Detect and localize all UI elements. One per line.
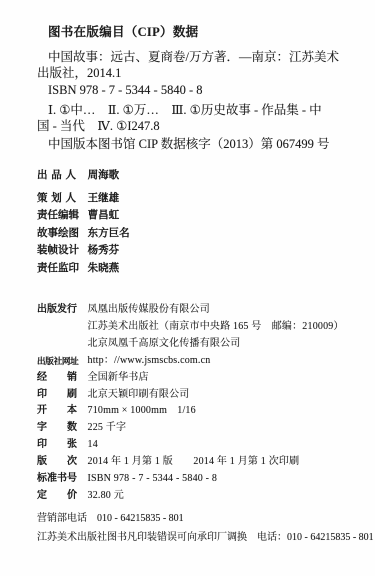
cip-record-number: 中国版本图书馆 CIP 数据核字（2013）第 067499 号 xyxy=(48,136,357,152)
credit-value: 东方巨名 xyxy=(88,228,130,239)
publishing-row-website: 出版社网址 http：//www.jsmscbs.com.cn xyxy=(37,353,344,370)
publishing-row-format: 开本 710mm × 1000mm 1/16 xyxy=(37,403,344,420)
credit-value: 曹昌虹 xyxy=(88,210,120,221)
publishing-label: 出版社网址 xyxy=(37,353,77,370)
credit-label: 策划人 xyxy=(37,190,76,208)
publishing-value: http：//www.jsmscbs.com.cn xyxy=(88,355,211,366)
credit-value: 王继雄 xyxy=(88,193,120,204)
credit-row-illustrator: 故事绘图 东方巨名 xyxy=(37,225,130,243)
cip-header: 图书在版编目（CIP）数据 xyxy=(48,24,357,41)
cip-classification-line1: Ⅰ. ①中… Ⅱ. ①万… Ⅲ. ①历史故事 - 作品集 - 中 xyxy=(48,102,357,118)
publishing-value: 225 千字 xyxy=(88,422,127,433)
cip-entry-line1: 中国故事：远古、夏商卷/万方著．—南京：江苏美术 xyxy=(48,49,357,65)
publishing-label: 开本 xyxy=(37,403,77,420)
cip-isbn: ISBN 978 - 7 - 5344 - 5840 - 8 xyxy=(48,82,357,98)
publishing-label: 出版发行 xyxy=(37,302,77,319)
publishing-row-co-publisher: 北京凤凰千高原文化传播有限公司 xyxy=(37,336,344,353)
credit-label: 故事绘图 xyxy=(37,225,76,243)
publishing-value: 北京天颖印刷有限公司 xyxy=(88,389,190,400)
credit-value: 周海歌 xyxy=(88,170,120,181)
publishing-row-distribution: 经销 全国新华书店 xyxy=(37,370,344,387)
publishing-row-isbn: 标准书号 ISBN 978 - 7 - 5344 - 5840 - 8 xyxy=(37,471,344,488)
publishing-row-word-count: 字数 225 千字 xyxy=(37,420,344,437)
publishing-value: 全国新华书店 xyxy=(88,372,149,383)
credit-row-print-supervisor: 责任监印 朱晓燕 xyxy=(37,260,130,278)
publishing-label: 印张 xyxy=(37,437,77,454)
publishing-value: 14 xyxy=(88,439,98,450)
publishing-value: 2014 年 1 月第 1 版 2014 年 1 月第 1 次印刷 xyxy=(88,456,300,467)
publishing-row-printer: 印刷 北京天颖印刷有限公司 xyxy=(37,387,344,404)
credit-value: 朱晓燕 xyxy=(88,263,120,274)
credit-value: 杨秀芬 xyxy=(88,245,120,256)
publishing-label: 经销 xyxy=(37,370,77,387)
publishing-label: 定价 xyxy=(37,488,77,505)
cip-block: 图书在版编目（CIP）数据 中国故事：远古、夏商卷/万方著．—南京：江苏美术 出… xyxy=(37,24,357,152)
publishing-value: 凤凰出版传媒股份有限公司 xyxy=(88,304,210,315)
credit-row-producer: 出品人 周海歌 xyxy=(37,167,130,185)
credit-label: 责任编辑 xyxy=(37,207,76,225)
publishing-row-sheets: 印张 14 xyxy=(37,437,344,454)
publishing-row-edition: 版次 2014 年 1 月第 1 版 2014 年 1 月第 1 次印刷 xyxy=(37,454,344,471)
credit-label: 责任监印 xyxy=(37,260,76,278)
publishing-row-price: 定价 32.80 元 xyxy=(37,488,344,505)
credits-block: 出品人 周海歌 策划人 王继雄 责任编辑 曹昌虹 故事绘图 东方巨名 装帧设计 … xyxy=(37,167,130,277)
publishing-label: 字数 xyxy=(37,420,77,437)
footer-marketing-phone: 营销部电话 010 - 64215835 - 801 xyxy=(37,510,374,527)
copyright-page: 图书在版编目（CIP）数据 中国故事：远古、夏商卷/万方著．—南京：江苏美术 出… xyxy=(0,0,375,576)
publishing-value: 江苏美术出版社（南京市中央路 165 号 邮编：210009） xyxy=(88,321,344,332)
credit-label: 装帧设计 xyxy=(37,242,76,260)
publishing-label: 版次 xyxy=(37,454,77,471)
credit-row-planner: 策划人 王继雄 xyxy=(37,190,130,208)
publishing-value: ISBN 978 - 7 - 5344 - 5840 - 8 xyxy=(88,473,218,484)
credit-row-editor: 责任编辑 曹昌虹 xyxy=(37,207,130,225)
credit-label: 出品人 xyxy=(37,167,76,185)
footer-exchange-notice: 江苏美术出版社图书凡印装错误可向承印厂调换 电话：010 - 64215835 … xyxy=(37,529,374,546)
publishing-label: 印刷 xyxy=(37,387,77,404)
cip-classification-line2: 国 - 当代 Ⅳ. ①I247.8 xyxy=(37,118,357,134)
publishing-row-publisher: 出版发行 凤凰出版传媒股份有限公司 xyxy=(37,302,344,319)
publishing-block: 出版发行 凤凰出版传媒股份有限公司 江苏美术出版社（南京市中央路 165 号 邮… xyxy=(37,302,344,505)
publishing-row-publisher-address: 江苏美术出版社（南京市中央路 165 号 邮编：210009） xyxy=(37,319,344,336)
publishing-label: 标准书号 xyxy=(37,471,77,488)
publishing-value: 北京凤凰千高原文化传播有限公司 xyxy=(88,338,241,349)
publishing-value: 32.80 元 xyxy=(88,490,124,501)
credit-row-designer: 装帧设计 杨秀芬 xyxy=(37,242,130,260)
footer-block: 营销部电话 010 - 64215835 - 801 江苏美术出版社图书凡印装错… xyxy=(37,510,374,546)
publishing-value: 710mm × 1000mm 1/16 xyxy=(88,405,196,416)
cip-entry-line2: 出版社，2014.1 xyxy=(37,65,357,81)
